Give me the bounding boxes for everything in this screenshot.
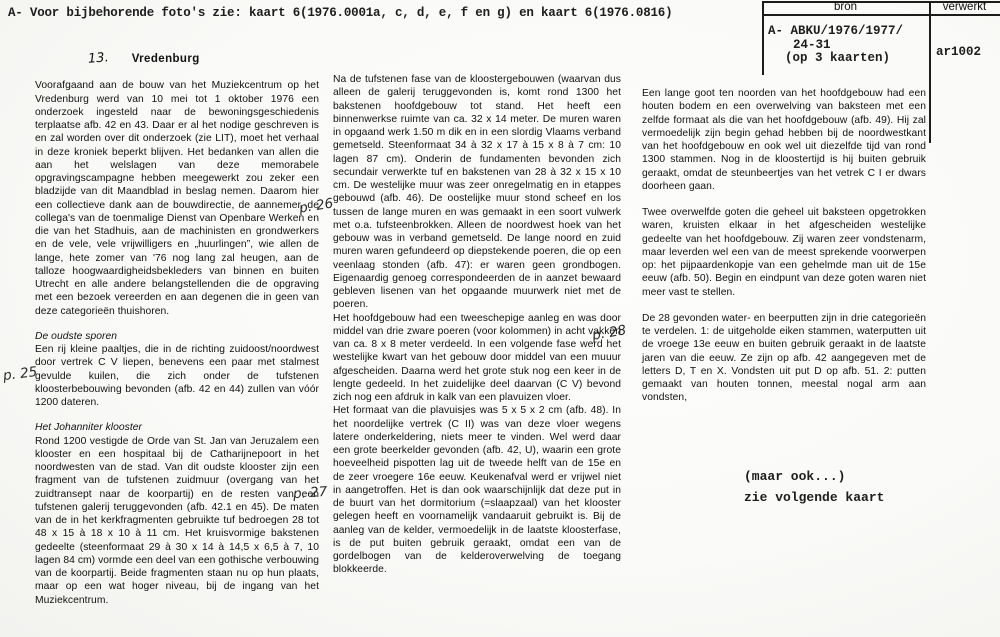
bron-line-1: A- ABKU/1976/1977/ xyxy=(768,25,903,39)
table-column-divider xyxy=(929,1,931,143)
paragraph-hoofdgebouw-bouw: Na de tufstenen fase van de kloostergebo… xyxy=(333,73,621,312)
article-column-1: 13. Vredenburg Voorafgaand aan de bouw v… xyxy=(35,52,319,607)
article-column-2: Na de tufstenen fase van de kloostergebo… xyxy=(333,73,621,577)
subheading-oudste-sporen: De oudste sporen xyxy=(35,330,319,343)
paragraph-intro: Voorafgaand aan de bouw van het Muziekce… xyxy=(35,79,319,318)
scanned-document-page: A- Voor bijbehorende foto's zie: kaart 6… xyxy=(0,0,1000,637)
table-header-underline xyxy=(762,14,1000,16)
paragraph-lange-goot: Een lange goot ten noorden van het hoofd… xyxy=(642,87,926,193)
article-title: Vredenburg xyxy=(132,53,200,66)
paragraph-tweeschepige-aanleg: Het hoofdgebouw had een tweeschepige aan… xyxy=(333,312,621,405)
paragraph-overwelfde-goten: Twee overwelfde goten die geheel uit bak… xyxy=(642,206,926,299)
article-number-handwritten: 13. xyxy=(88,51,110,66)
paragraph-oudste-sporen: Een rij kleine paaltjes, die in de richt… xyxy=(35,343,319,409)
bron-column-header: bron xyxy=(762,1,929,14)
margin-note-p27: p. 27 xyxy=(292,484,327,502)
paragraph-plavuisjes-beerkelder: Het formaat van die plavuisjes was 5 x 5… xyxy=(333,404,621,576)
bron-line-2: 24-31 xyxy=(768,39,903,53)
paragraph-johanniter-klooster: Rond 1200 vestigde de Orde van St. Jan v… xyxy=(35,435,319,607)
article-column-3: Een lange goot ten noorden van het hoofd… xyxy=(642,87,926,418)
photo-reference-note: A- Voor bijbehorende foto's zie: kaart 6… xyxy=(8,6,672,20)
margin-note-p25: p. 25 xyxy=(2,364,38,384)
article-heading: 13. Vredenburg xyxy=(35,52,319,66)
verwerkt-column-header: verwerkt xyxy=(929,1,1000,14)
paragraph-waterputten: De 28 gevonden water- en beerputten zijn… xyxy=(642,312,926,405)
continuation-note-line-1: (maar ook...) xyxy=(744,466,884,487)
subheading-johanniter-klooster: Het Johanniter klooster xyxy=(35,421,319,434)
verwerkt-cell: ar1002 xyxy=(936,45,981,59)
bron-line-3: (op 3 kaarten) xyxy=(768,52,903,66)
continuation-note-line-2: zie volgende kaart xyxy=(744,487,884,508)
bron-cell: A- ABKU/1976/1977/ 24-31 (op 3 kaarten) xyxy=(768,25,903,66)
continuation-note: (maar ook...) zie volgende kaart xyxy=(744,466,884,508)
